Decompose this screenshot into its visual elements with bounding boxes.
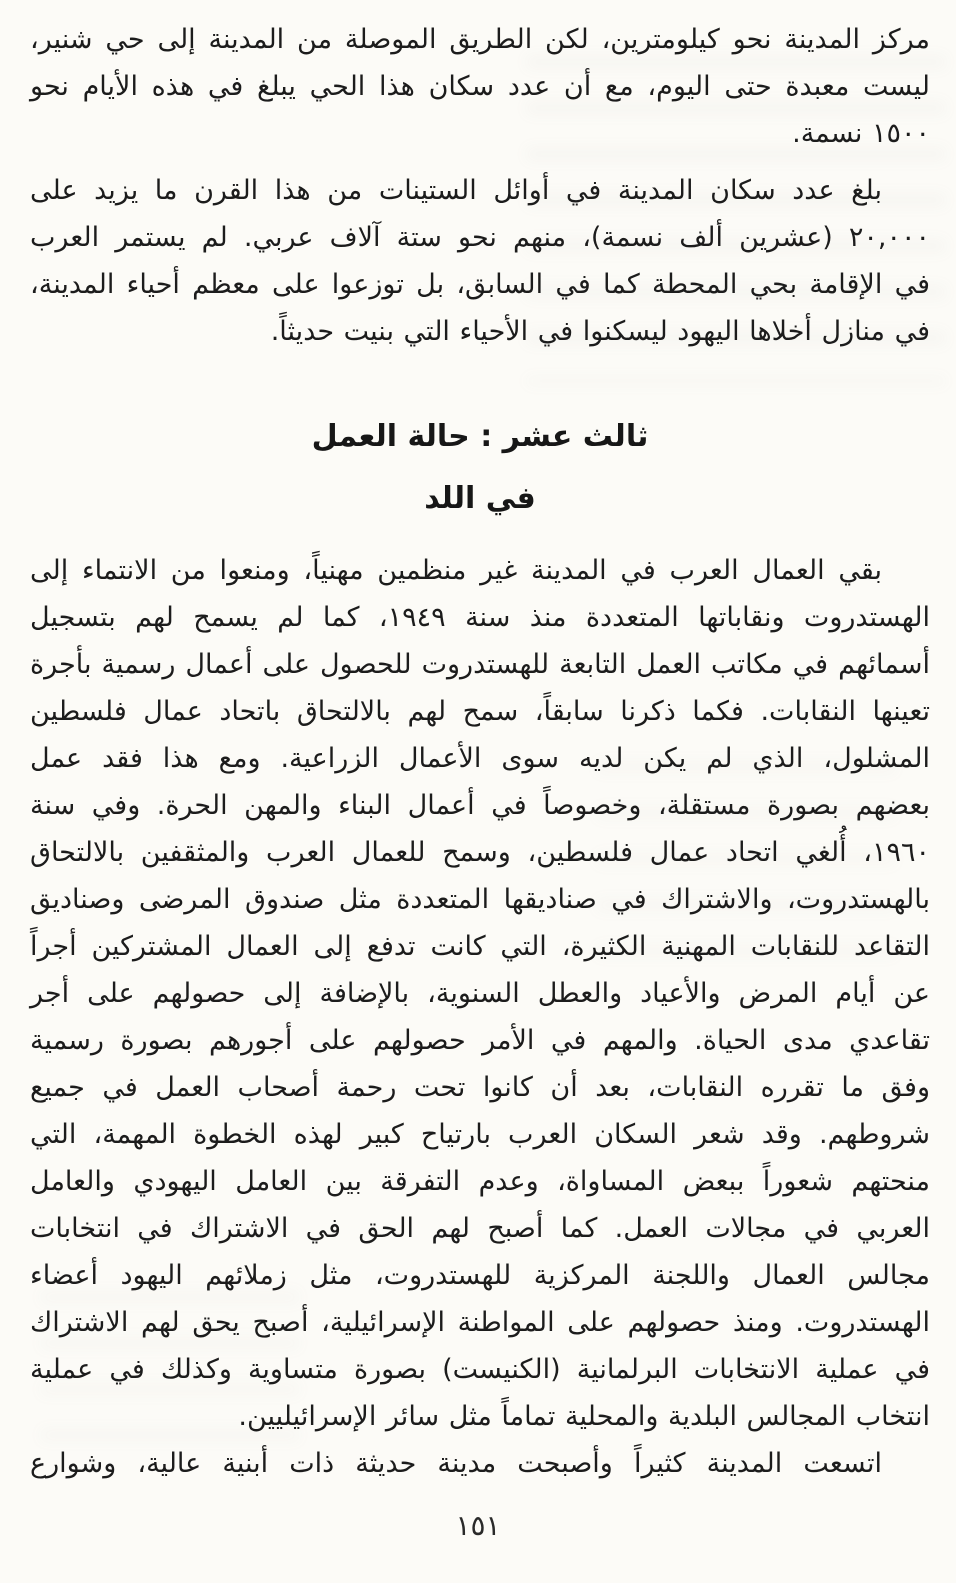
intro-paragraph: مركز المدينة نحو كيلومترين، لكن الطريق ا… xyxy=(30,16,930,157)
text-line: أسمائهم في مكاتب العمل التابعة للهستدروت… xyxy=(30,641,930,688)
population-paragraph: بلغ عدد سكان المدينة في أوائل الستينات م… xyxy=(30,167,930,355)
text-line: شروطهم. وقد شعر السكان العرب بارتياح كبي… xyxy=(30,1111,930,1158)
page-number: ١٥١ xyxy=(0,1506,956,1546)
page-text-block: مركز المدينة نحو كيلومترين، لكن الطريق ا… xyxy=(30,16,930,1487)
text-line: المشلول، الذي لم يكن لديه سوى الأعمال ال… xyxy=(30,735,930,782)
text-line: في عملية الانتخابات البرلمانية (الكنيست)… xyxy=(30,1346,930,1393)
section-title: ثالث عشر : حالة العمل xyxy=(30,413,930,461)
text-line: مجالس العمال واللجنة المركزية للهستدروت،… xyxy=(30,1252,930,1299)
text-line: في الإقامة بحي المحطة كما في السابق، بل … xyxy=(30,261,930,308)
text-line: ٢٠,٠٠٠ (عشرين ألف نسمة)، منهم نحو ستة آل… xyxy=(30,214,930,261)
section-heading: ثالث عشر : حالة العمل في اللد xyxy=(30,413,930,523)
text-line: بقي العمال العرب في المدينة غير منظمين م… xyxy=(30,547,930,594)
text-line: اتسعت المدينة كثيراً وأصبحت مدينة حديثة … xyxy=(30,1440,930,1487)
section-subtitle: في اللد xyxy=(30,475,930,523)
text-line: بالهستدروت، والاشتراك في صناديقها المتعد… xyxy=(30,876,930,923)
text-line: بعضهم بصورة مستقلة، وخصوصاً في أعمال الب… xyxy=(30,782,930,829)
labor-paragraph: بقي العمال العرب في المدينة غير منظمين م… xyxy=(30,547,930,1440)
text-line: تقاعدي مدى الحياة. والمهم في الأمر حصوله… xyxy=(30,1017,930,1064)
city-paragraph: اتسعت المدينة كثيراً وأصبحت مدينة حديثة … xyxy=(30,1440,930,1487)
text-line: عن أيام المرض والأعياد والعطل السنوية، ب… xyxy=(30,970,930,1017)
text-line: الهستدروت ونقاباتها المتعددة منذ سنة ١٩٤… xyxy=(30,594,930,641)
text-line: في منازل أخلاها اليهود ليسكنوا في الأحيا… xyxy=(30,308,930,355)
text-line: التقاعد للنقابات المهنية الكثيرة، التي ك… xyxy=(30,923,930,970)
text-line: وفق ما تقرره النقابات، بعد أن كانوا تحت … xyxy=(30,1064,930,1111)
text-line: انتخاب المجالس البلدية والمحلية تماماً م… xyxy=(30,1393,930,1440)
text-line: منحتهم شعوراً ببعض المساواة، وعدم التفرق… xyxy=(30,1158,930,1205)
text-line: ليست معبدة حتى اليوم، مع أن عدد سكان هذا… xyxy=(30,63,930,110)
book-page: مركز المدينة نحو كيلومترين، لكن الطريق ا… xyxy=(0,0,956,1583)
text-line: ١٩٦٠، أُلغي اتحاد عمال فلسطين، وسمح للعم… xyxy=(30,829,930,876)
text-line: الهستدروت. ومنذ حصولهم على المواطنة الإس… xyxy=(30,1299,930,1346)
text-line: بلغ عدد سكان المدينة في أوائل الستينات م… xyxy=(30,167,930,214)
text-line: مركز المدينة نحو كيلومترين، لكن الطريق ا… xyxy=(30,16,930,63)
text-line: العربي في مجالات العمل. كما أصبح لهم الح… xyxy=(30,1205,930,1252)
text-line: تعينها النقابات. فكما ذكرنا سابقاً، سمح … xyxy=(30,688,930,735)
text-line: ١٥٠٠ نسمة. xyxy=(30,110,930,157)
